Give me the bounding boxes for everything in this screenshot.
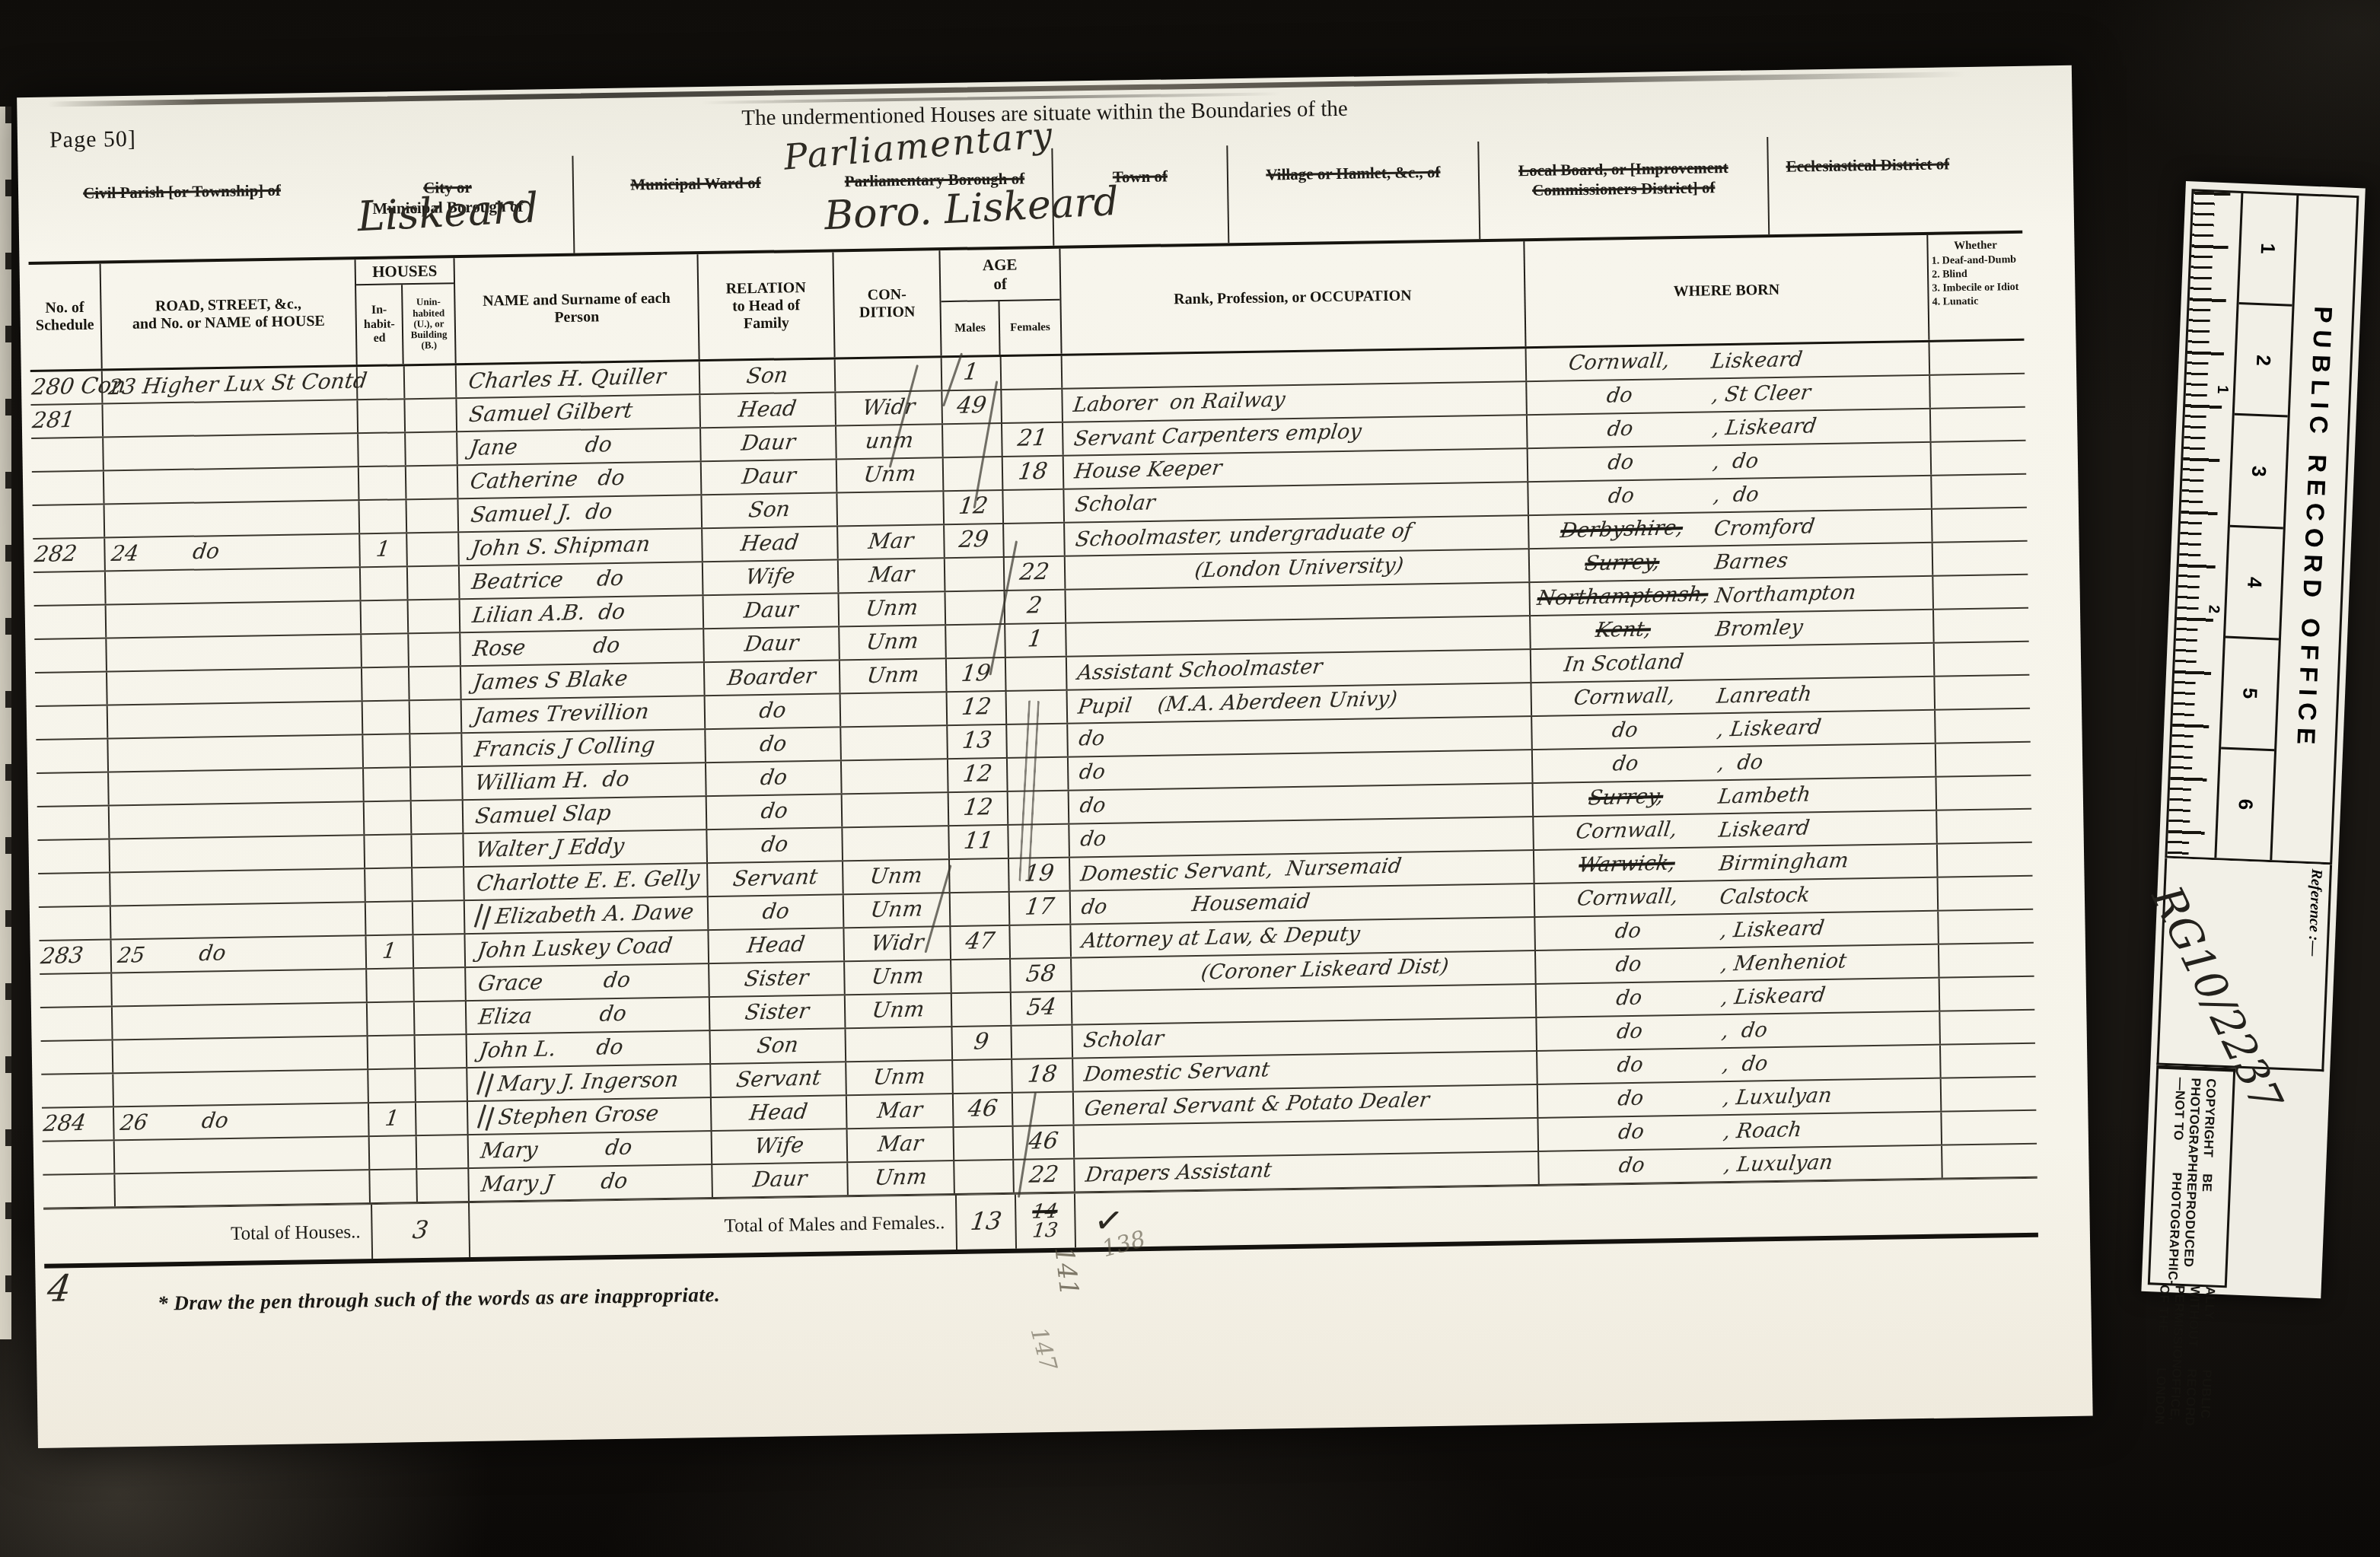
cell-road bbox=[113, 1070, 369, 1106]
cell-whether bbox=[1930, 374, 2025, 408]
cell-road bbox=[115, 1137, 371, 1173]
cell-relation: Daur bbox=[701, 426, 837, 460]
cell-uninhabited bbox=[417, 1135, 470, 1168]
pencil-mark: 147 bbox=[1024, 1325, 1062, 1374]
cell-whether bbox=[1936, 709, 2031, 743]
cell-relation: Daur bbox=[712, 1163, 849, 1197]
cell-road bbox=[104, 467, 360, 503]
cell-uninhabited bbox=[416, 1102, 469, 1135]
cell-relation: do bbox=[706, 761, 843, 795]
cell-relation: Boarder bbox=[705, 661, 841, 695]
total-houses-label: Total of Houses.. bbox=[43, 1205, 371, 1264]
cell-schedule bbox=[32, 471, 105, 504]
cell-age-female: 58 bbox=[1011, 959, 1072, 992]
cell-condition: Unm bbox=[843, 860, 951, 893]
cell-relation: Daur bbox=[702, 460, 838, 494]
cell-road bbox=[115, 1170, 371, 1206]
cell-whether bbox=[1932, 475, 2027, 508]
cell-name: Jane do bbox=[457, 428, 702, 464]
cell-occupation: Assistant Schoolmaster bbox=[1067, 650, 1532, 689]
cell-condition bbox=[837, 492, 945, 525]
cell-schedule: 282 bbox=[33, 538, 106, 571]
scale-cell: 5 bbox=[2221, 638, 2279, 751]
cell-occupation bbox=[1066, 616, 1531, 656]
cell-where-born: Cornwall,Lanreath bbox=[1531, 677, 1936, 715]
pencil-mark: 141 bbox=[1048, 1245, 1085, 1297]
cell-inhabited bbox=[359, 466, 407, 499]
cell-where-born: do, Liskeard bbox=[1537, 979, 1941, 1017]
cell-schedule bbox=[41, 1040, 114, 1073]
cell-inhabited bbox=[368, 1036, 416, 1068]
cell-name: Samuel Gilbert bbox=[457, 395, 701, 431]
cell-whether bbox=[1940, 977, 2035, 1011]
cell-relation: do bbox=[709, 895, 845, 929]
col-males: Males bbox=[941, 301, 1000, 355]
scale-cell: 2 bbox=[2235, 304, 2292, 418]
cell-inhabited bbox=[370, 1170, 418, 1202]
cell-age-female: 22 bbox=[1005, 557, 1066, 590]
cell-where-born: do, Liskeard bbox=[1535, 912, 1939, 950]
col-whether-infirm: Whether 1. Deaf-and-Dumb2. Blind3. Imbec… bbox=[1928, 234, 2024, 340]
cell-schedule bbox=[37, 772, 110, 805]
cell-whether bbox=[1938, 843, 2033, 877]
cell-relation: Sister bbox=[710, 995, 846, 1030]
cell-condition: Widr bbox=[844, 927, 951, 960]
cell-road bbox=[113, 1003, 368, 1039]
col-houses: HOUSES In-habit-ed Unin-habited (U.), or… bbox=[356, 258, 457, 365]
cell-condition: Widr bbox=[836, 391, 943, 425]
cell-condition bbox=[842, 759, 949, 793]
cell-inhabited bbox=[364, 768, 412, 801]
cell-whether bbox=[1933, 575, 2028, 609]
cell-age-female: 2 bbox=[1005, 591, 1066, 623]
cell-road bbox=[110, 802, 365, 838]
cell-relation: Son bbox=[711, 1029, 847, 1063]
cell-inhabited bbox=[366, 902, 414, 935]
cell-name: Mary J do bbox=[469, 1165, 713, 1201]
margin-tally: 4 bbox=[45, 1267, 74, 1310]
cell-schedule bbox=[31, 438, 104, 470]
cell-occupation: General Servant & Potato Dealer bbox=[1074, 1085, 1539, 1125]
cell-whether bbox=[1932, 441, 2027, 475]
cell-condition: Unm bbox=[840, 626, 947, 659]
cell-age-male bbox=[954, 1161, 1015, 1193]
cell-whether bbox=[1939, 877, 2034, 910]
cell-uninhabited bbox=[413, 901, 466, 934]
cell-age-male: 19 bbox=[947, 658, 1007, 691]
cell-uninhabited bbox=[413, 868, 465, 900]
copyright-line: COPYRIGHT PHOTOGRAPH—NOT TO bbox=[2169, 1077, 2219, 1173]
cell-condition: Unm bbox=[846, 994, 953, 1027]
cell-inhabited: 1 bbox=[360, 533, 408, 566]
cell-road bbox=[107, 668, 363, 704]
cell-occupation bbox=[1075, 1119, 1540, 1158]
cell-schedule bbox=[43, 1174, 116, 1207]
cell-road bbox=[113, 1036, 369, 1072]
cell-whether bbox=[1933, 542, 2028, 575]
cell-occupation: Servant Carpenters employ bbox=[1063, 416, 1528, 455]
cell-uninhabited bbox=[412, 801, 464, 833]
pro-reference-box: Reference :— RG10/2237 bbox=[2156, 858, 2332, 1072]
cell-schedule bbox=[35, 672, 108, 705]
cell-uninhabited bbox=[405, 399, 457, 431]
cell-road: 23 Higher Lux St Contd bbox=[103, 367, 358, 403]
col-name: NAME and Surname of each Person bbox=[455, 254, 700, 363]
cell-road bbox=[108, 702, 364, 737]
cell-relation: do bbox=[707, 828, 843, 862]
cell-occupation: Domestic Servant, Nursemaid bbox=[1070, 851, 1535, 890]
col-uninhabited: Unin-habited (U.), or Building (B.) bbox=[403, 284, 455, 364]
col-inhabited: In-habit-ed bbox=[356, 285, 404, 365]
cell-relation: Sister bbox=[709, 962, 846, 996]
cell-relation: Wife bbox=[703, 560, 840, 594]
cell-name: Beatrice do bbox=[460, 562, 704, 598]
cell-age-male: 12 bbox=[948, 692, 1008, 724]
cell-occupation bbox=[1066, 583, 1531, 622]
cell-age-female bbox=[1002, 390, 1063, 422]
col-schedule: No. of Schedule bbox=[29, 264, 103, 370]
cell-relation: Servant bbox=[711, 1062, 847, 1097]
col-where-born: WHERE BORN bbox=[1525, 235, 1929, 346]
cell-schedule bbox=[34, 638, 107, 671]
cell-condition: Unm bbox=[839, 592, 946, 626]
cell-uninhabited bbox=[409, 600, 461, 632]
boundary-column: Village or Hamlet, &c., of bbox=[1228, 142, 1480, 243]
cell-road bbox=[110, 836, 365, 871]
cell-name: James S Blake bbox=[461, 663, 706, 699]
cell-occupation: Attorney at Law, & Deputy bbox=[1071, 918, 1536, 957]
cell-where-born: In Scotland bbox=[1531, 644, 1936, 682]
col-road: ROAD, STREET, &c., and No. or NAME of HO… bbox=[101, 259, 358, 368]
cell-relation: do bbox=[706, 728, 842, 762]
cell-age-male: 13 bbox=[948, 725, 1008, 758]
cell-occupation: do bbox=[1068, 717, 1533, 756]
cell-occupation: Scholar bbox=[1064, 482, 1529, 522]
cell-schedule: 281 bbox=[30, 404, 104, 437]
cell-relation: Daur bbox=[704, 594, 840, 628]
cell-inhabited bbox=[365, 868, 413, 901]
cell-age-female bbox=[1008, 758, 1069, 791]
cell-name: Walter J Eddy bbox=[464, 830, 708, 866]
cell-inhabited bbox=[365, 801, 413, 834]
reference-label: Reference :— bbox=[2304, 868, 2325, 957]
total-males-females-label: Total of Males and Females.. bbox=[470, 1196, 956, 1257]
cell-whether bbox=[1937, 810, 2032, 843]
cell-name: Mary J. Ingerson bbox=[467, 1065, 712, 1100]
cell-age-male: 12 bbox=[948, 759, 1008, 791]
cell-occupation: Scholar bbox=[1072, 1018, 1537, 1058]
cell-whether bbox=[1940, 1011, 2035, 1044]
cell-relation: do bbox=[706, 694, 842, 728]
cell-where-born: do, do bbox=[1533, 744, 1937, 782]
cell-condition: Mar bbox=[838, 525, 945, 559]
cell-condition: Unm bbox=[840, 659, 948, 693]
cell-schedule bbox=[39, 906, 112, 939]
cell-road: 24 do bbox=[105, 534, 361, 570]
cell-where-born: do, St Cleer bbox=[1527, 376, 1931, 414]
cell-uninhabited bbox=[410, 700, 463, 733]
pro-copyright-box: COPYRIGHT PHOTOGRAPH—NOT TOBE REPRODUCED… bbox=[2148, 1065, 2236, 1288]
scale-cell: 1 bbox=[2239, 193, 2297, 307]
copyright-line: PUBLIC RECORD OFFICE, LONDON bbox=[2151, 1368, 2214, 1428]
cell-name: John S. Shipman bbox=[459, 529, 703, 565]
col-occupation: Rank, Profession, or OCCUPATION bbox=[1060, 241, 1526, 354]
cell-age-male: 11 bbox=[949, 826, 1009, 858]
cell-whether bbox=[1932, 508, 2028, 542]
cell-age-female bbox=[1013, 1093, 1075, 1126]
cell-inhabited bbox=[363, 734, 411, 767]
cell-schedule bbox=[36, 739, 109, 772]
cell-name: Charlotte E. E. Gelly bbox=[464, 864, 709, 899]
cell-age-male: 47 bbox=[951, 926, 1011, 959]
cell-relation: Head bbox=[703, 527, 839, 561]
col-relation: RELATION to Head of Family bbox=[698, 252, 835, 359]
cell-age-male: 29 bbox=[945, 524, 1005, 557]
totals-checkmark: ✓ bbox=[1075, 1186, 1540, 1248]
cell-occupation: Laborer on Railway bbox=[1063, 382, 1528, 422]
cell-occupation: do Housemaid bbox=[1071, 884, 1536, 924]
cell-occupation: House Keeper bbox=[1064, 449, 1529, 489]
cell-name: Charles H. Quiller bbox=[457, 361, 701, 397]
cell-name: Catherine do bbox=[458, 462, 703, 498]
cell-schedule bbox=[36, 705, 109, 738]
cell-where-born: do, do bbox=[1528, 443, 1932, 481]
scale-cell: 3 bbox=[2230, 416, 2288, 529]
cell-condition: Mar bbox=[839, 559, 946, 592]
cell-where-born: Kent,Bromley bbox=[1531, 610, 1935, 648]
cell-age-male bbox=[951, 893, 1011, 925]
cell-age-male: 12 bbox=[949, 792, 1009, 825]
cell-name: Elizabeth A. Dawe bbox=[465, 897, 709, 933]
boundary-column: Parliamentary Borough ofParliamentaryBor… bbox=[817, 148, 1054, 250]
cell-occupation: Schoolmaster, undergraduate of bbox=[1065, 516, 1530, 556]
cell-schedule bbox=[41, 1074, 114, 1106]
cell-where-born: Warwick,Birmingham bbox=[1534, 845, 1939, 883]
cell-age-female bbox=[1008, 825, 1070, 858]
cell-where-born: Cornwall,Calstock bbox=[1535, 878, 1939, 916]
cell-uninhabited bbox=[415, 1001, 467, 1034]
cell-age-female: 18 bbox=[1003, 457, 1065, 489]
cell-age-female bbox=[1010, 925, 1072, 958]
cell-road bbox=[110, 869, 366, 905]
cell-occupation bbox=[1072, 985, 1537, 1024]
cell-road bbox=[112, 970, 368, 1005]
cell-schedule: 283 bbox=[40, 940, 113, 973]
copyright-line: ALLY WITHOUT PERMISSION OF THE bbox=[2153, 1284, 2217, 1370]
total-males-value: 13 bbox=[955, 1195, 1015, 1250]
cell-age-female: 17 bbox=[1010, 892, 1072, 925]
cell-uninhabited bbox=[406, 466, 459, 498]
copyright-line: BE REPRODUCED PHOTOGRAPHIC- bbox=[2165, 1172, 2215, 1286]
cell-where-born: do, do bbox=[1528, 476, 1932, 514]
cell-uninhabited bbox=[417, 1169, 470, 1202]
cell-where-born: do, do bbox=[1537, 1046, 1942, 1084]
cell-age-male bbox=[945, 591, 1005, 624]
cell-whether bbox=[1942, 1111, 2037, 1145]
cell-age-female bbox=[1003, 490, 1065, 523]
cell-road bbox=[104, 434, 359, 470]
cell-age-male bbox=[950, 859, 1010, 892]
cell-relation: Son bbox=[702, 493, 838, 527]
cell-whether bbox=[1939, 944, 2034, 977]
cell-age-male: 46 bbox=[954, 1094, 1014, 1126]
cell-uninhabited bbox=[405, 365, 457, 398]
col-age: AGE of Males Females bbox=[940, 249, 1062, 355]
cell-schedule bbox=[33, 505, 106, 537]
cell-whether bbox=[1935, 676, 2030, 709]
cell-condition bbox=[836, 358, 943, 391]
cell-age-male: 9 bbox=[952, 1027, 1012, 1059]
cell-inhabited bbox=[362, 634, 409, 667]
cell-whether bbox=[1935, 642, 2030, 676]
cell-name: Stephen Grose bbox=[468, 1098, 712, 1134]
cell-uninhabited bbox=[406, 499, 459, 532]
cell-where-born: Surrey,Barnes bbox=[1530, 543, 1934, 581]
cell-where-born: do, Luxulyan bbox=[1539, 1146, 1943, 1184]
cell-uninhabited bbox=[413, 935, 466, 967]
cell-whether bbox=[1931, 408, 2026, 441]
pro-ruler: 12 123456 PUBLIC RECORD OFFICE bbox=[2165, 189, 2359, 864]
cell-where-born: Surrey,Lambeth bbox=[1534, 778, 1938, 816]
cell-whether bbox=[1934, 609, 2029, 642]
cell-name: Samuel J. do bbox=[458, 495, 703, 531]
film-edge bbox=[0, 107, 11, 1339]
cell-age-female: 54 bbox=[1012, 992, 1073, 1025]
cell-inhabited bbox=[359, 500, 407, 533]
cell-uninhabited bbox=[407, 533, 460, 565]
cell-where-born: do, do bbox=[1537, 1012, 1941, 1050]
cell-where-born: do, Luxulyan bbox=[1538, 1079, 1942, 1117]
cell-relation: Wife bbox=[712, 1129, 849, 1164]
cell-inhabited bbox=[363, 701, 411, 734]
cell-road: 26 do bbox=[114, 1103, 370, 1139]
census-sheet: Page 50] The undermentioned Houses are s… bbox=[17, 65, 2093, 1448]
cell-inhabited bbox=[368, 1069, 416, 1102]
cell-where-born: Cornwall,Liskeard bbox=[1534, 811, 1938, 849]
cell-name: Francis J Colling bbox=[462, 730, 706, 766]
cell-road bbox=[107, 635, 362, 670]
cell-uninhabited bbox=[412, 834, 464, 867]
cell-age-female bbox=[1006, 658, 1068, 690]
cell-road bbox=[107, 601, 362, 637]
cell-occupation: (Coroner Liskeard Dist) bbox=[1072, 951, 1537, 991]
cell-condition: Unm bbox=[846, 1061, 954, 1094]
cell-schedule bbox=[40, 1007, 113, 1040]
footnote: * Draw the pen through such of the words… bbox=[158, 1283, 721, 1316]
boundary-column: City orMunicipal Borough ofLiskeard bbox=[322, 156, 575, 257]
cell-uninhabited bbox=[410, 734, 463, 766]
cell-whether bbox=[1942, 1145, 2037, 1178]
scale-cell: 4 bbox=[2225, 527, 2283, 640]
col-condition: CON- DITION bbox=[833, 250, 941, 357]
cell-whether bbox=[1936, 776, 2031, 810]
cell-condition: Mar bbox=[847, 1094, 954, 1128]
cell-age-male bbox=[943, 424, 1003, 457]
boundary-column: Local Board, or [ImprovementCommissioner… bbox=[1479, 137, 1770, 239]
cell-whether bbox=[1939, 910, 2034, 944]
cell-where-born: Northamptonsh,Northampton bbox=[1530, 577, 1934, 615]
cell-schedule bbox=[40, 973, 113, 1006]
cell-inhabited bbox=[367, 969, 415, 1001]
cell-inhabited bbox=[362, 667, 410, 700]
cell-whether bbox=[1942, 1078, 2037, 1111]
cell-age-male bbox=[944, 457, 1004, 490]
cell-condition bbox=[841, 693, 948, 726]
cell-uninhabited bbox=[411, 767, 464, 800]
cell-condition bbox=[843, 826, 950, 860]
cell-whether bbox=[1929, 341, 2025, 374]
page-number: Page 50] bbox=[49, 126, 136, 154]
cell-inhabited: 1 bbox=[369, 1103, 417, 1135]
cell-inhabited bbox=[362, 600, 409, 633]
cell-age-female bbox=[1002, 356, 1063, 389]
cell-name: Eliza do bbox=[467, 998, 711, 1033]
cell-inhabited bbox=[358, 400, 406, 432]
cell-name: Samuel Slap bbox=[464, 797, 708, 833]
cell-where-born: Cornwall,Liskeard bbox=[1527, 342, 1931, 380]
cell-schedule bbox=[37, 839, 110, 872]
cell-condition: Unm bbox=[845, 960, 952, 994]
cell-uninhabited bbox=[409, 667, 462, 699]
cell-condition bbox=[841, 726, 948, 759]
cell-age-female bbox=[1012, 1026, 1073, 1059]
cell-occupation: do bbox=[1069, 750, 1534, 790]
cell-condition: Unm bbox=[848, 1161, 955, 1195]
cell-occupation bbox=[1063, 349, 1528, 388]
cell-relation: Head bbox=[709, 928, 845, 963]
cell-occupation: (London University) bbox=[1066, 549, 1531, 589]
cell-occupation: Pupil (M.A. Aberdeen Univy) bbox=[1068, 683, 1533, 723]
cell-schedule bbox=[34, 605, 107, 638]
cell-road bbox=[111, 903, 367, 938]
cell-where-born: do, Roach bbox=[1538, 1113, 1942, 1151]
cell-where-born: Derbyshire,Cromford bbox=[1529, 510, 1933, 548]
scale-cell: 6 bbox=[2216, 749, 2274, 860]
cell-uninhabited bbox=[414, 968, 467, 1001]
cell-occupation: do bbox=[1069, 784, 1534, 823]
cell-condition: unm bbox=[836, 425, 944, 458]
cell-age-male bbox=[952, 993, 1012, 1026]
cell-name: Rose do bbox=[460, 629, 705, 665]
cell-schedule bbox=[33, 572, 107, 604]
cell-relation: Head bbox=[712, 1096, 848, 1130]
cell-name: Lilian A.B. do bbox=[460, 596, 705, 632]
cell-name: John Luskey Coad bbox=[465, 931, 709, 966]
cell-condition bbox=[843, 793, 950, 826]
cell-road bbox=[105, 501, 361, 537]
pro-reference-label: 12 123456 PUBLIC RECORD OFFICE Reference… bbox=[2141, 181, 2365, 1298]
cell-schedule: 280 Con bbox=[30, 371, 104, 403]
table-body: 280 Con23 Higher Lux St ContdCharles H. … bbox=[30, 341, 2037, 1209]
cell-age-male bbox=[945, 558, 1005, 591]
cell-age-female: 18 bbox=[1012, 1059, 1074, 1092]
cell-schedule bbox=[43, 1141, 116, 1173]
cell-age-female bbox=[1008, 791, 1070, 824]
cell-road bbox=[106, 568, 362, 603]
cell-age-female: 1 bbox=[1005, 624, 1067, 657]
cell-road bbox=[108, 735, 364, 771]
cell-occupation: Drapers Assistant bbox=[1075, 1152, 1540, 1192]
census-table: No. of Schedule ROAD, STREET, &c., and N… bbox=[29, 231, 2038, 1269]
cell-relation: Daur bbox=[704, 627, 840, 661]
cell-name: John L. do bbox=[467, 1031, 712, 1067]
total-females-value: 14 13 bbox=[1015, 1194, 1076, 1249]
cell-whether bbox=[1941, 1044, 2036, 1078]
cell-condition: Mar bbox=[848, 1128, 955, 1161]
cell-relation: Head bbox=[700, 393, 836, 427]
cell-where-born: do, Liskeard bbox=[1528, 409, 1932, 447]
cell-uninhabited bbox=[409, 633, 461, 666]
